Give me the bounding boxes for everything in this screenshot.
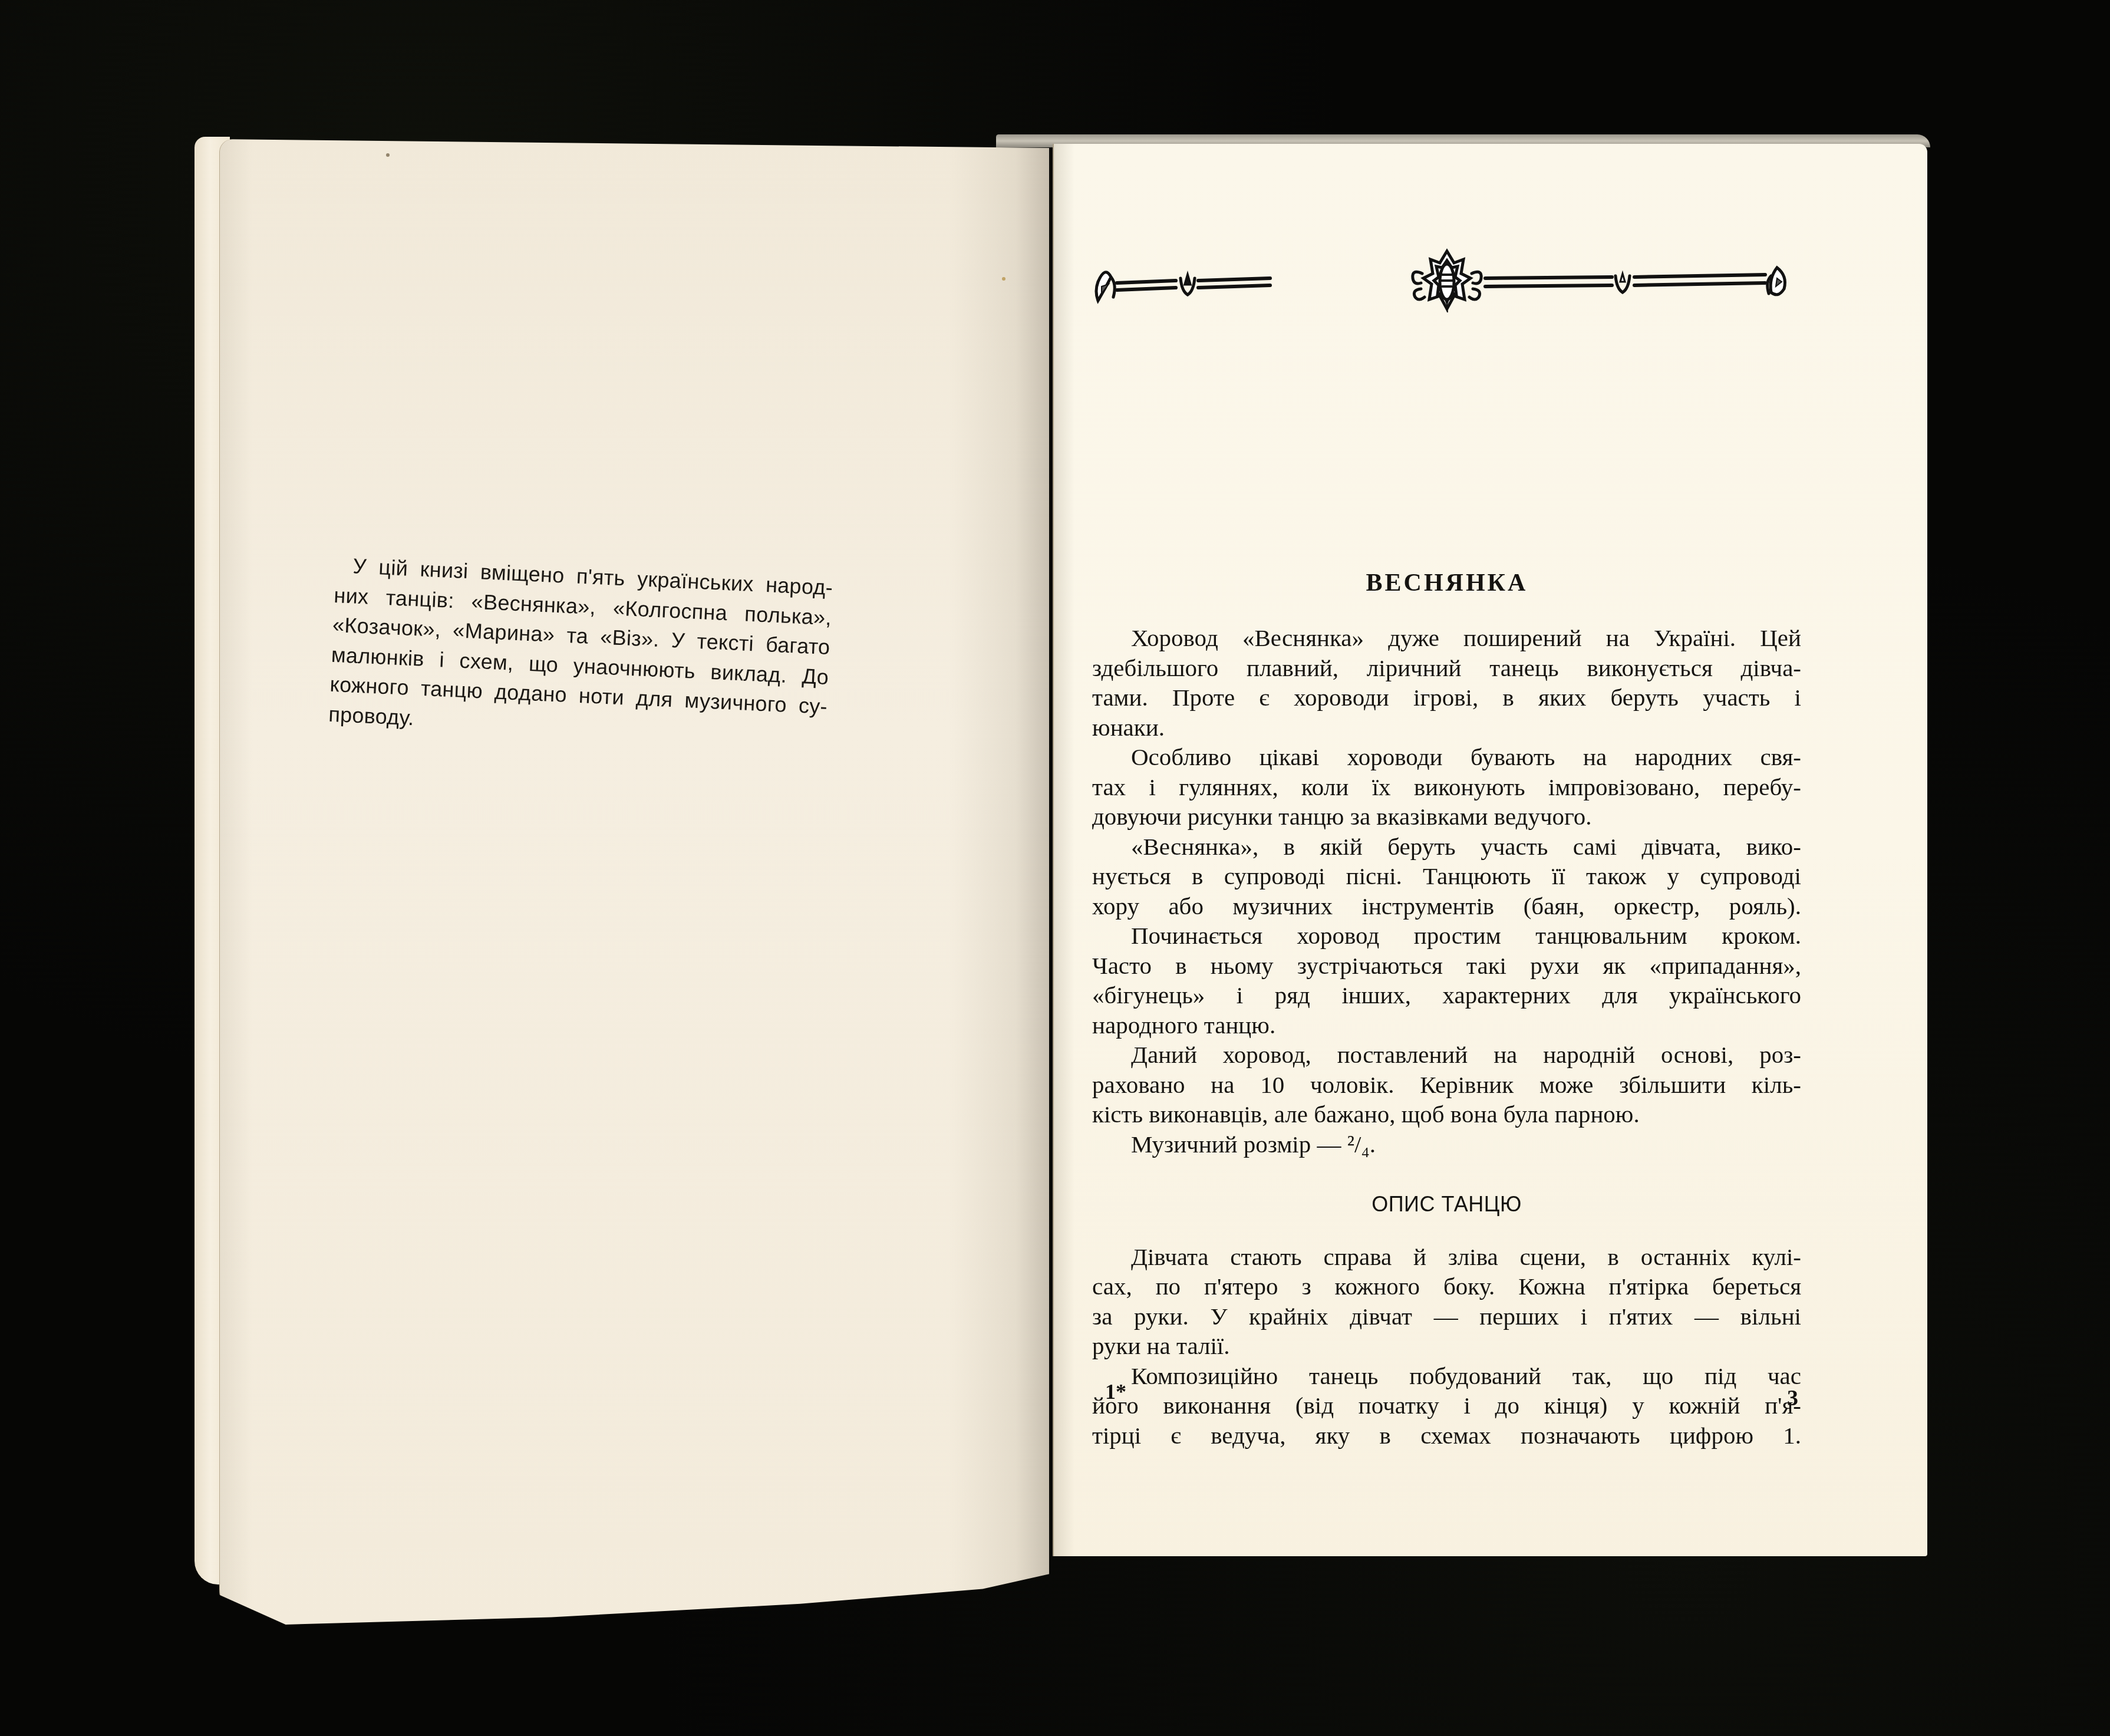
chapter-title: ВЕСНЯНКА bbox=[1090, 569, 1804, 597]
body-line: Особливо цікаві хороводи бувають на наро… bbox=[1092, 742, 1801, 772]
body-line: народного танцю. bbox=[1092, 1010, 1801, 1040]
chapter-body: Хоровод «Веснянка» дуже поширений на Укр… bbox=[1092, 623, 1801, 1450]
body-line: Композиційно танець побудований так, що … bbox=[1092, 1361, 1801, 1391]
body-line: юнаки. bbox=[1092, 713, 1801, 743]
body-line: за руки. У крайніх дівчат — перших і п'я… bbox=[1092, 1302, 1801, 1332]
decorative-headpiece-icon bbox=[1093, 248, 1801, 312]
paper-speck bbox=[1002, 277, 1005, 281]
body-line: тами. Проте є хороводи ігрові, в яких бе… bbox=[1092, 683, 1801, 713]
paper-speck bbox=[386, 153, 390, 157]
body-line: Даний хоровод, поставлений на народній о… bbox=[1092, 1040, 1801, 1070]
body-line: «бігунець» і ряд інших, характерних для … bbox=[1092, 980, 1801, 1010]
body-line: руки на талії. bbox=[1092, 1331, 1801, 1361]
body-line: тірці є ведуча, яку в схемах позначають … bbox=[1092, 1421, 1801, 1451]
body-line: сах, по п'ятеро з кожного боку. Кожна п'… bbox=[1092, 1271, 1801, 1302]
body-line: Часто в ньому зустрічаються такі рухи як… bbox=[1092, 951, 1801, 981]
section-heading: ОПИС ТАНЦЮ bbox=[1092, 1190, 1801, 1220]
body-line: кість виконавців, але бажано, щоб вона б… bbox=[1092, 1099, 1801, 1129]
body-line: його виконання (від початку і до кінця) … bbox=[1092, 1391, 1801, 1421]
body-line: Починається хоровод простим танцювальним… bbox=[1092, 921, 1801, 951]
music-meter-line: Музичний розмір — ²/₄. bbox=[1092, 1129, 1801, 1159]
body-line: Хоровод «Веснянка» дуже поширений на Укр… bbox=[1092, 623, 1801, 653]
body-line: тах і гуляннях, коли їх виконують імпров… bbox=[1092, 772, 1801, 802]
body-line: хору або музичних інструментів (баян, ор… bbox=[1092, 891, 1801, 921]
body-line: «Веснянка», в якій беруть участь самі ді… bbox=[1092, 832, 1801, 862]
book-annotation: У цій книзі вміщено п'ять українських на… bbox=[328, 551, 833, 752]
body-line: Дівчата стають справа й зліва сцени, в о… bbox=[1092, 1242, 1801, 1272]
body-line: здебільшого плавний, ліричний танець вик… bbox=[1092, 653, 1801, 683]
body-line: раховано на 10 чоловік. Керівник може зб… bbox=[1092, 1070, 1801, 1100]
signature-mark: 1* bbox=[1105, 1379, 1126, 1404]
body-line: нується в супроводі пісні. Танцюють її т… bbox=[1092, 861, 1801, 891]
body-line: довуючи рисунки танцю за вказівками веду… bbox=[1092, 802, 1801, 832]
page-number: 3 bbox=[1787, 1385, 1798, 1411]
left-page bbox=[219, 139, 1049, 1625]
